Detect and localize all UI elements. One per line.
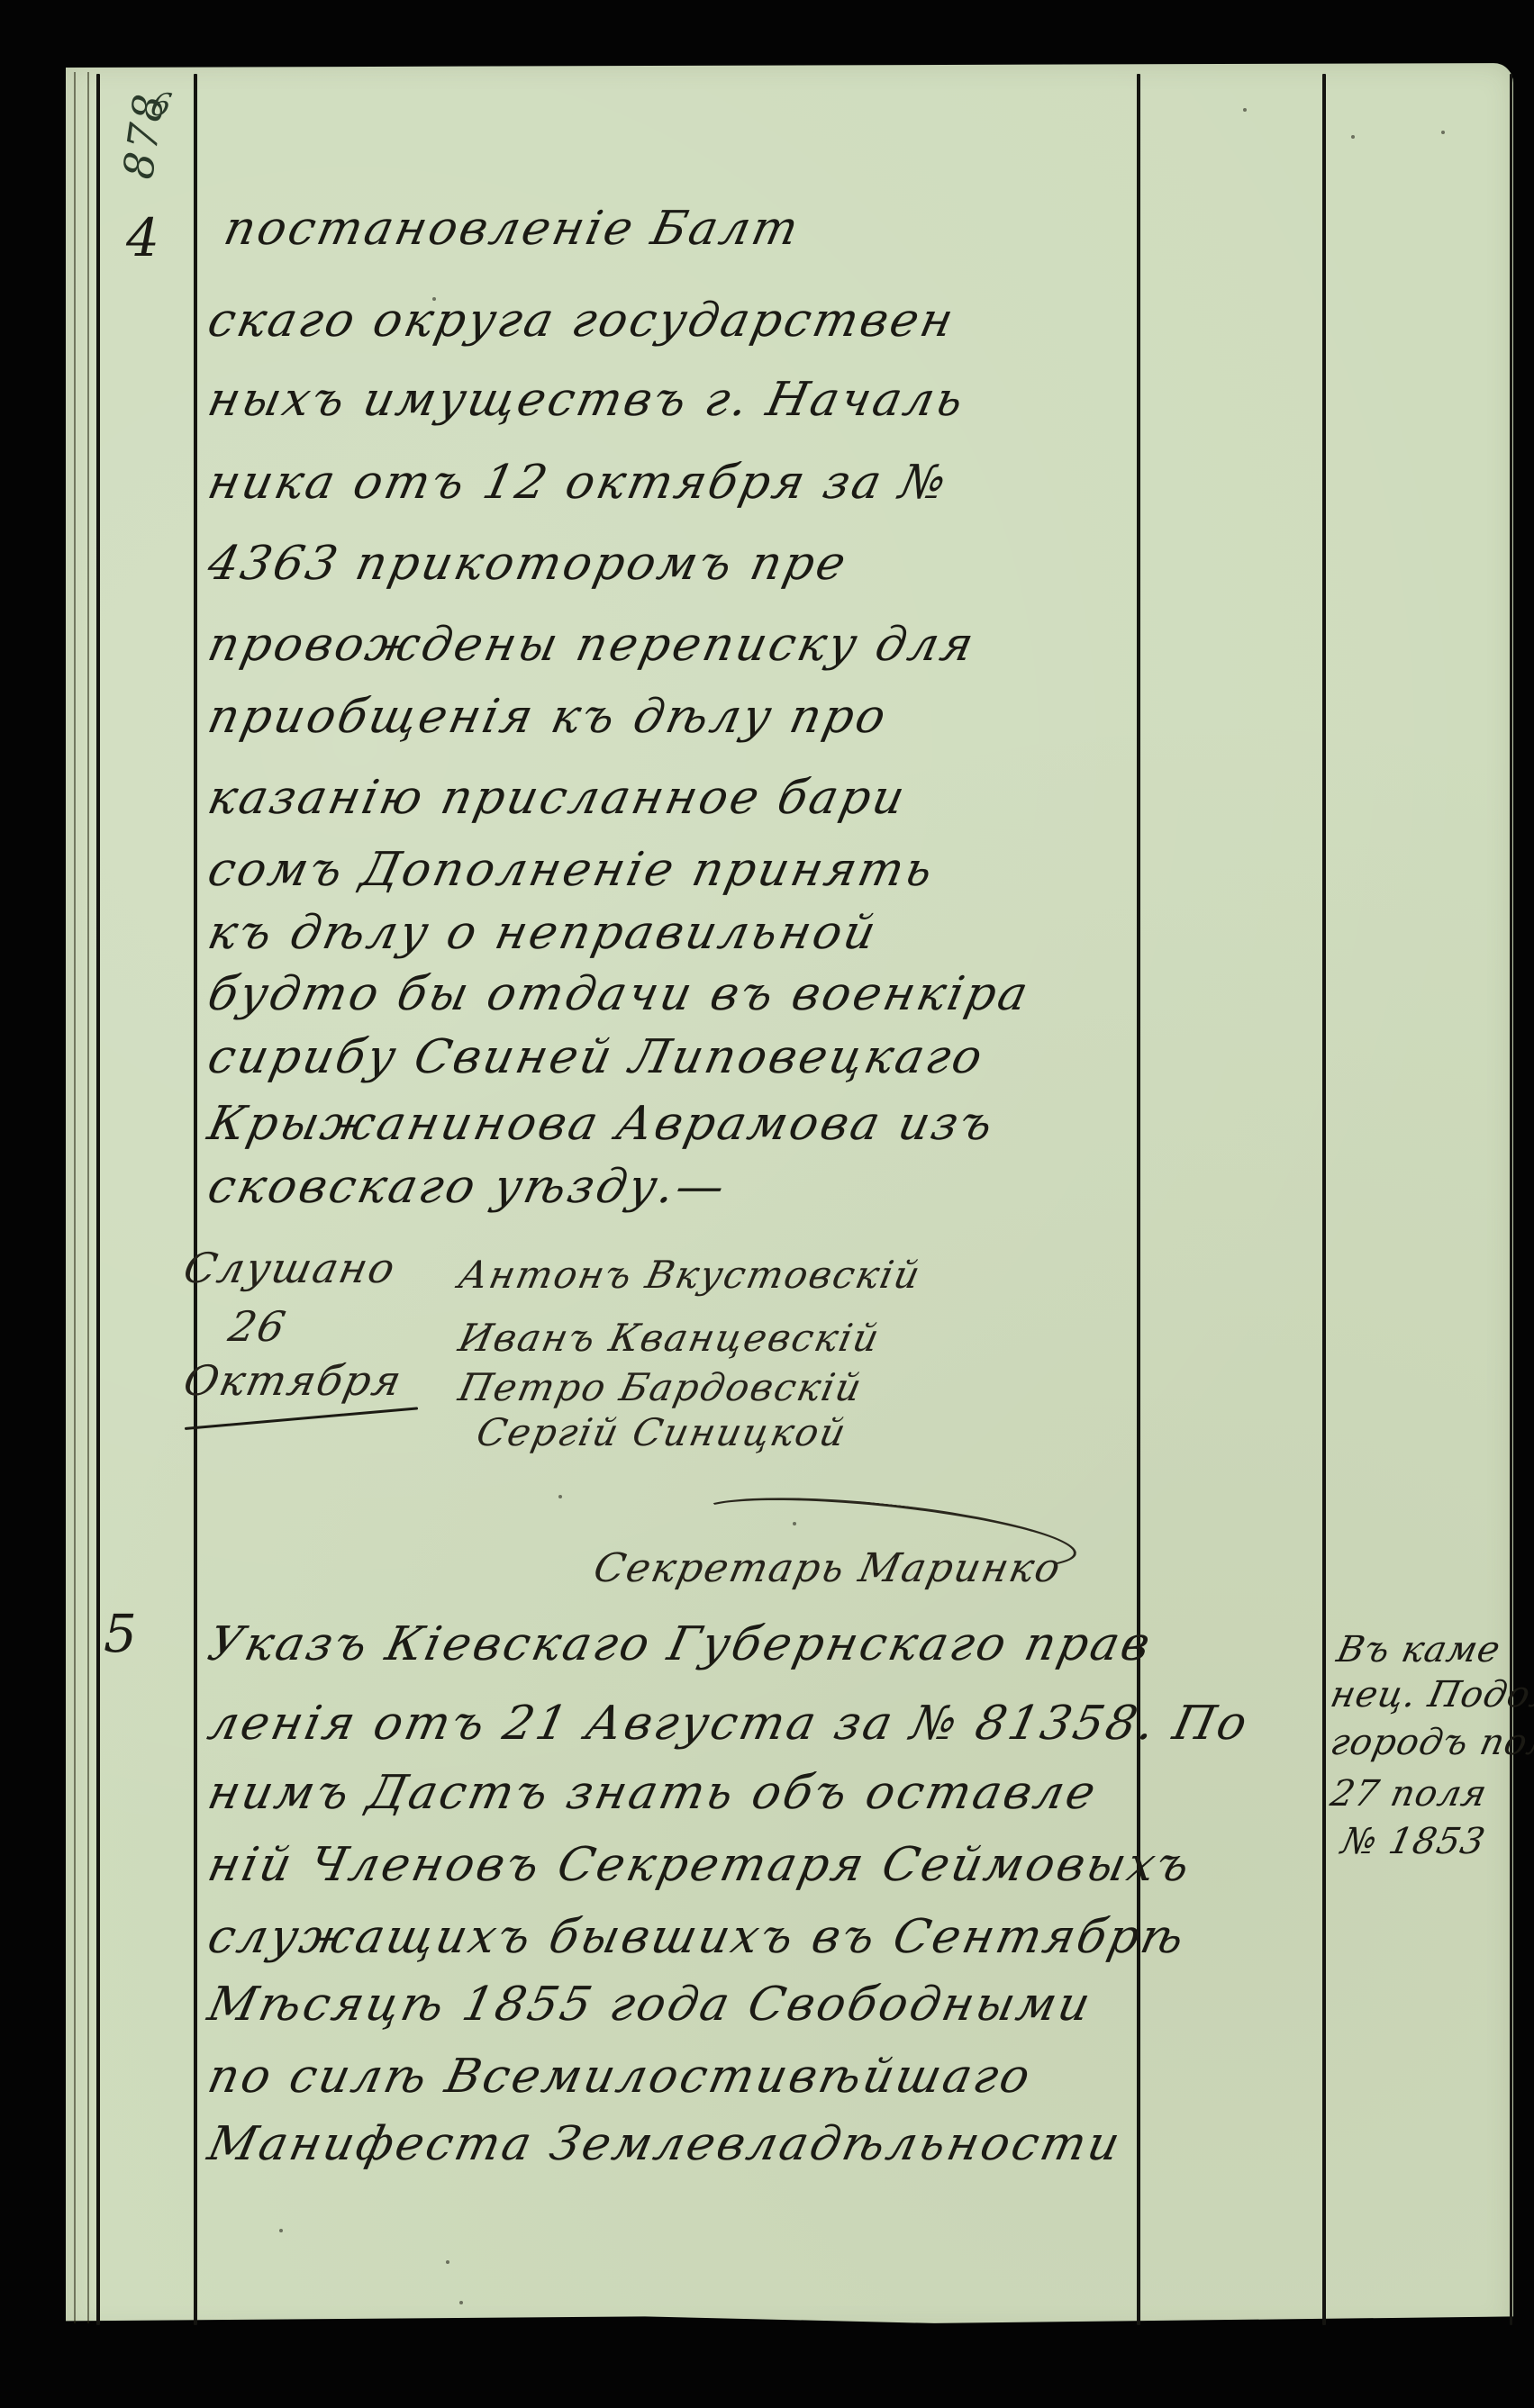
date-note-day: 26 (225, 1306, 290, 1347)
note-line: городъ помѣ (1328, 1725, 1534, 1761)
number-column-rule-line (194, 74, 197, 2325)
text-column-rule-line (1137, 74, 1140, 2325)
entry-line: ника отъ 12 октября за № (204, 459, 952, 506)
paper-speck (1243, 108, 1247, 112)
notes-column-rule-line (1510, 74, 1512, 2325)
blank-column-rule-line (1322, 74, 1326, 2325)
entry-line: будто бы отдачи въ военкіра (204, 971, 1034, 1018)
entry-line: нимъ Дастъ знать объ оставле (204, 1770, 1102, 1816)
entry-line: ленія отъ 21 Августа за № 81358. По (204, 1700, 1253, 1747)
entry-line: ныхъ имуществъ г. Началь (204, 376, 969, 423)
paper-speck (1351, 135, 1355, 139)
entry-line: Манифеста Землевладѣльности (204, 2121, 1126, 2168)
paper-speck (1441, 131, 1445, 134)
entry-line: Крыжанинова Аврамова изъ (204, 1100, 999, 1147)
entry-line: Указъ Кіевскаго Губернскаго прав (204, 1621, 1156, 1668)
margin-rule-line (96, 74, 100, 2325)
signature: Антонъ Вкустовскій (456, 1256, 925, 1294)
paper-speck (432, 297, 436, 301)
stacked-page-edge (87, 72, 89, 2323)
entry-line: 4363 прикоторомъ пре (204, 540, 852, 587)
entry-line: служащихъ бывшихъ въ Сентябрѣ (204, 1914, 1190, 1960)
paper-speck (558, 1495, 562, 1498)
entry-line: ній Членовъ Секретаря Сеймовыхъ (204, 1842, 1195, 1888)
signature: Сергій Синицкой (474, 1414, 850, 1452)
signature: Петро Бардовскій (456, 1369, 867, 1407)
entry-line: скаго округа государствен (204, 297, 959, 344)
note-line: Въ каме (1334, 1632, 1504, 1668)
entry-line: сирибу Свиней Липовецкаго (204, 1034, 988, 1081)
entry-line: сомъ Дополненіе принять (204, 846, 939, 893)
paper-speck (279, 2229, 283, 2232)
entry-line: приобщенія къ дѣлу про (204, 693, 892, 740)
entry-line: къ дѣлу о неправильной (204, 910, 882, 956)
note-line: 27 поля (1328, 1776, 1491, 1812)
signature: Иванъ Кванцевскій (456, 1319, 884, 1357)
paper-speck (459, 2301, 463, 2304)
entry-line: казанію присланное бари (204, 774, 911, 821)
entry-number: 5 (104, 1603, 137, 1664)
date-note-line: Слушано (180, 1247, 400, 1289)
entry-line: провождены переписку для (204, 621, 979, 668)
paper-speck (793, 1522, 796, 1525)
entry-number: 4 (126, 207, 159, 268)
paper-speck (446, 2260, 449, 2264)
note-line: № 1853 (1339, 1824, 1489, 1860)
entry-line: сковскаго уѣзду.— (204, 1163, 731, 1210)
date-note-month: Октября (180, 1360, 406, 1401)
entry-line: по силѣ Всемилостивѣйшаго (204, 2053, 1036, 2100)
entry-line: Мѣсяцѣ 1855 года Свободными (204, 1981, 1096, 2028)
entry-line: постановленіе Балт (220, 205, 804, 252)
stacked-page-edge (74, 72, 76, 2323)
note-line: нец. Подоль (1328, 1677, 1534, 1713)
